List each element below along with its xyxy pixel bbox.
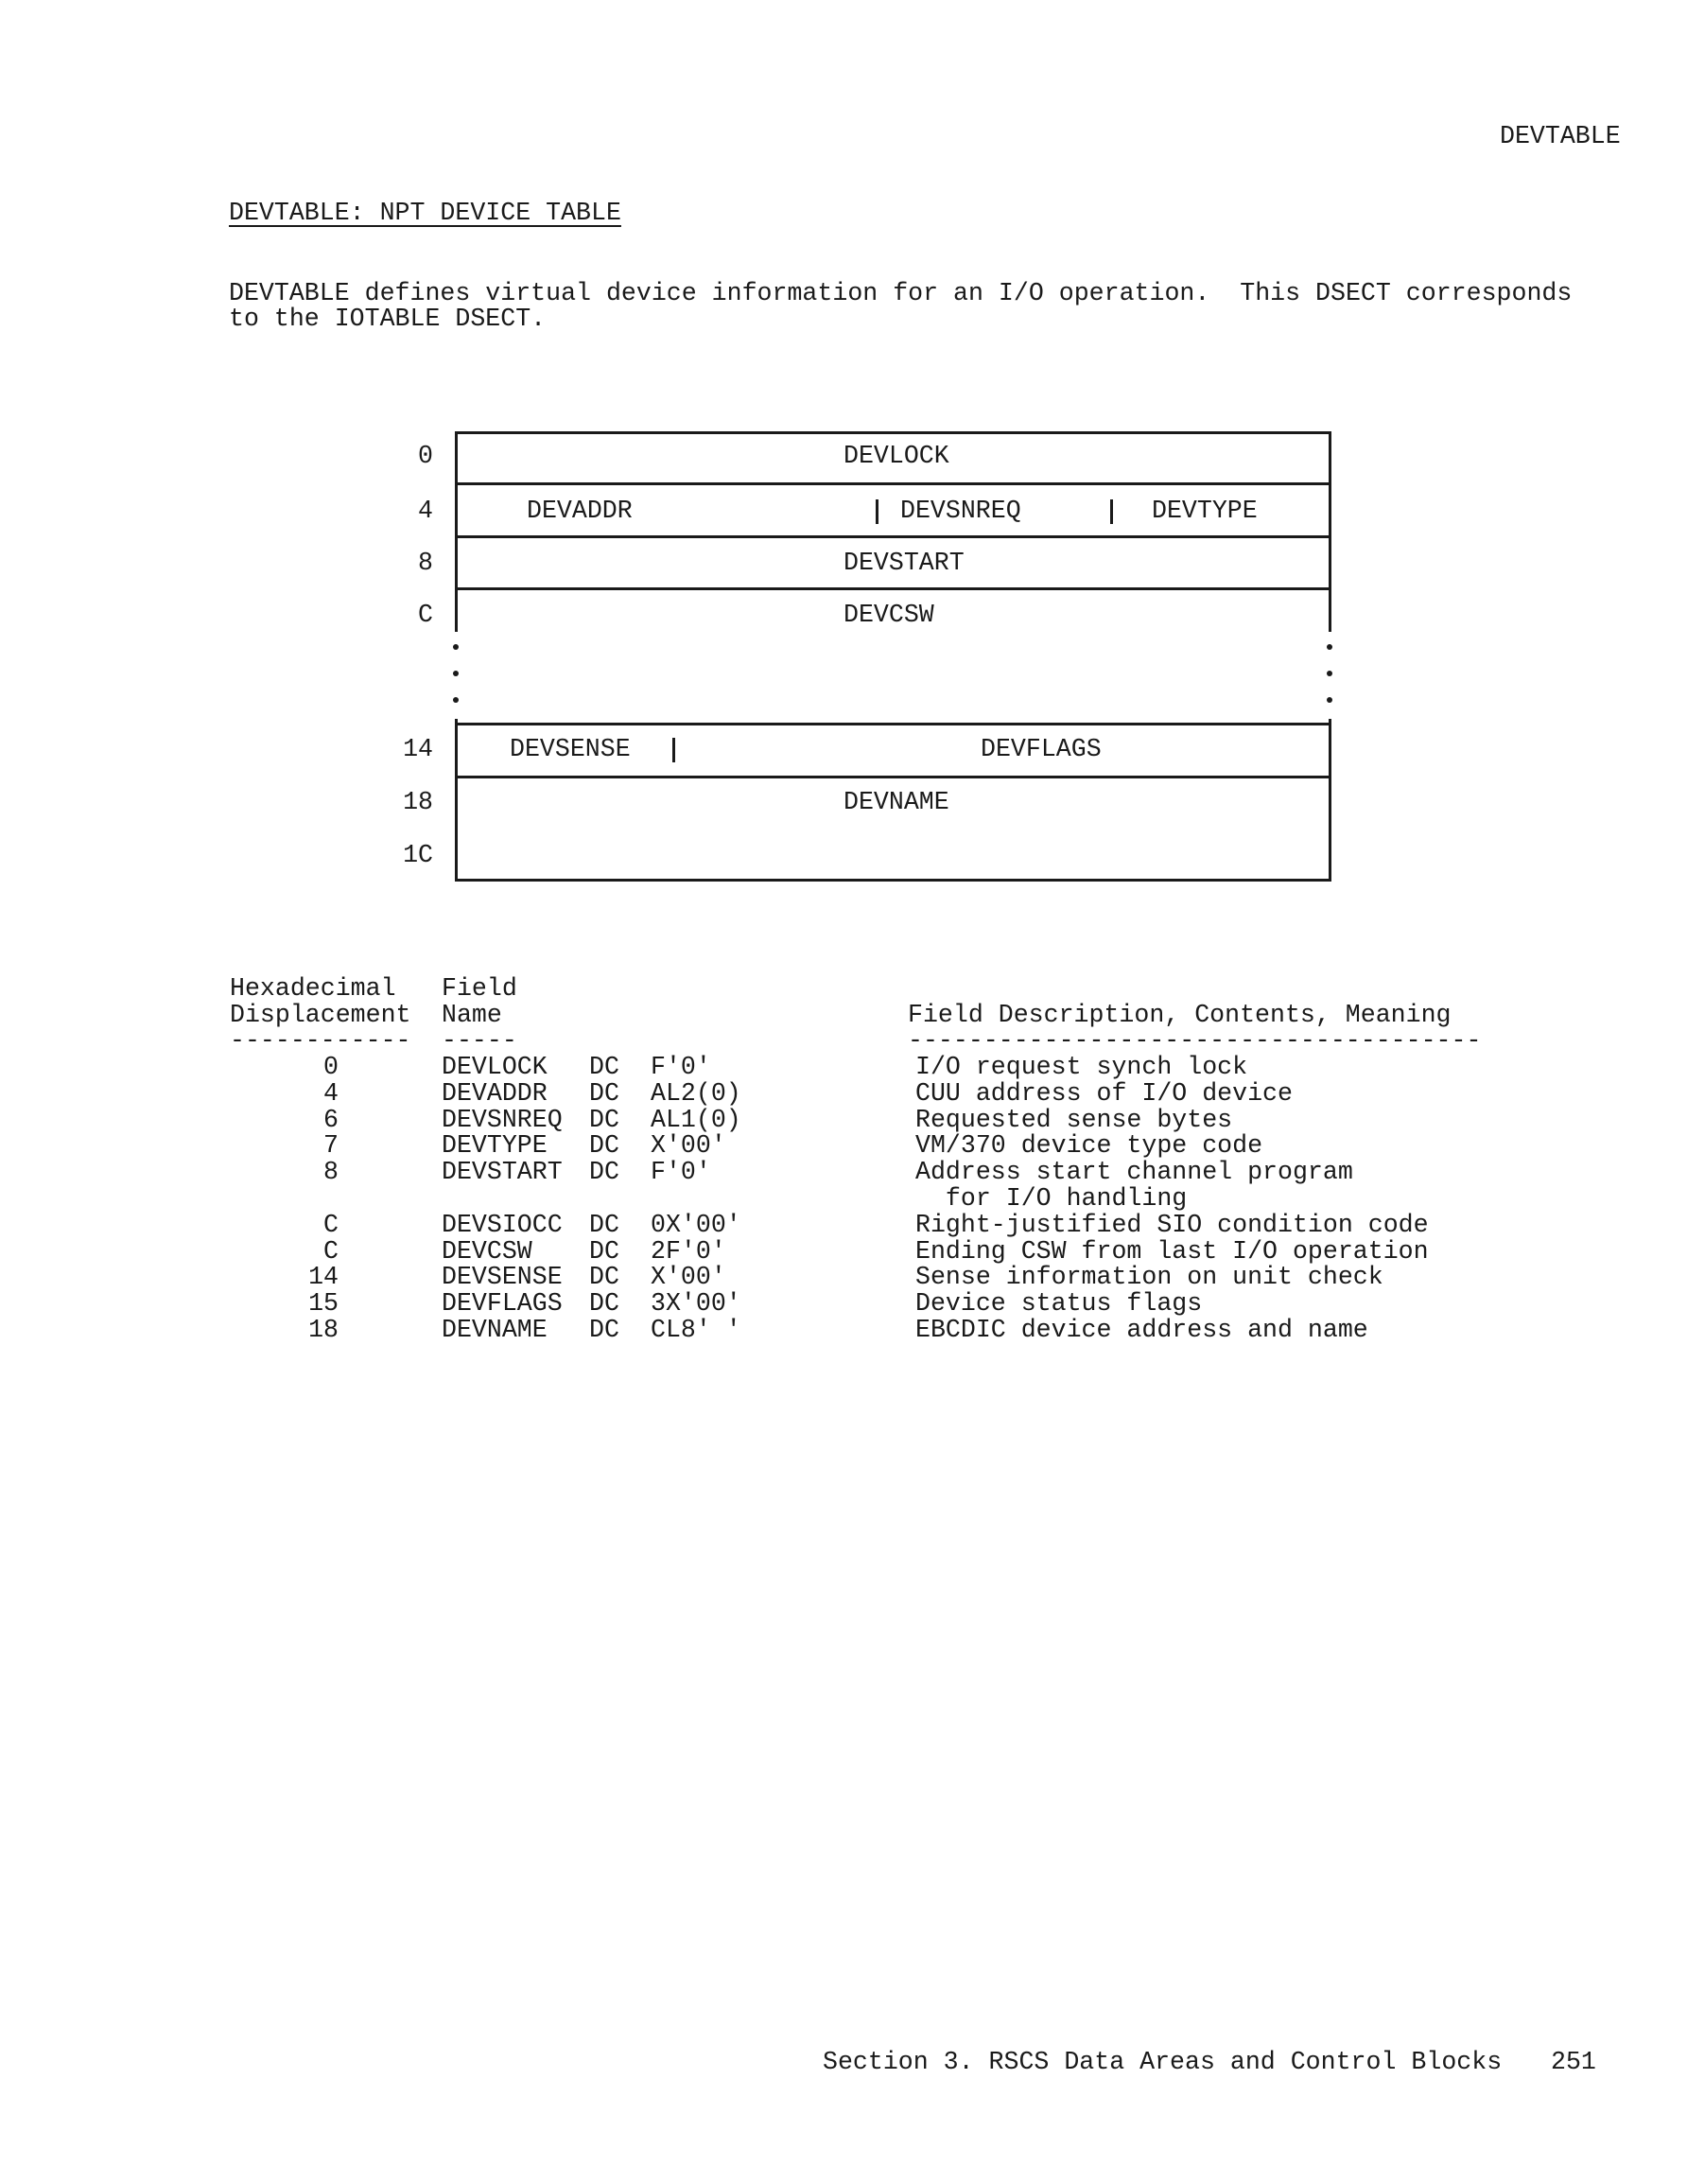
header-disp-1: Hexadecimal bbox=[230, 975, 396, 1002]
header-desc-rule: -------------------------------------- bbox=[908, 1027, 1481, 1054]
table-row: 18 DEVNAME DC CL8' ' EBCDIC device addre… bbox=[0, 1317, 1687, 1343]
continuation-dot bbox=[453, 644, 459, 650]
field-separator bbox=[876, 499, 878, 524]
row-disp: 4 bbox=[284, 1080, 339, 1107]
table-row-continuation: for I/O handling bbox=[0, 1185, 1687, 1212]
header-name-rule: ----- bbox=[442, 1027, 517, 1054]
row-disp: 18 bbox=[284, 1317, 339, 1343]
row-disp: 8 bbox=[284, 1159, 339, 1185]
intro-line: to the IOTABLE DSECT. bbox=[229, 306, 546, 332]
offset-label: 8 bbox=[376, 550, 433, 576]
row-desc: I/O request synch lock bbox=[915, 1054, 1247, 1080]
row-desc: Device status flags bbox=[915, 1290, 1202, 1317]
header-name-1: Field bbox=[442, 975, 517, 1002]
row-disp: 14 bbox=[284, 1264, 339, 1290]
row-name: DEVNAME bbox=[442, 1317, 548, 1343]
row-name: DEVLOCK bbox=[442, 1054, 548, 1080]
row-disp: 0 bbox=[284, 1054, 339, 1080]
offset-label: 1C bbox=[376, 842, 433, 868]
offset-label: 0 bbox=[376, 443, 433, 469]
row-operand: 3X'00' bbox=[651, 1290, 741, 1317]
row-desc: CUU address of I/O device bbox=[915, 1080, 1293, 1107]
row-dc: DC bbox=[589, 1132, 619, 1159]
row-desc: Requested sense bytes bbox=[915, 1107, 1232, 1133]
divider bbox=[455, 776, 1331, 778]
table-row: C DEVSIOCC DC 0X'00' Right-justified SIO… bbox=[0, 1212, 1687, 1238]
row-dc: DC bbox=[589, 1107, 619, 1133]
divider bbox=[455, 482, 1331, 485]
row-dc: DC bbox=[589, 1317, 619, 1343]
header-desc: Field Description, Contents, Meaning bbox=[908, 1002, 1452, 1028]
row-name: DEVTYPE bbox=[442, 1132, 548, 1159]
header-name-2: Name bbox=[442, 1002, 502, 1028]
divider bbox=[455, 535, 1331, 538]
row-operand: X'00' bbox=[651, 1264, 726, 1290]
field-devaddr: DEVADDR bbox=[527, 498, 633, 524]
field-devstart: DEVSTART bbox=[843, 550, 965, 576]
field-devname: DEVNAME bbox=[843, 789, 949, 815]
row-desc-continuation: for I/O handling bbox=[915, 1185, 1187, 1212]
row-disp: 7 bbox=[284, 1132, 339, 1159]
continuation-dot bbox=[1327, 671, 1332, 676]
row-desc: Sense information on unit check bbox=[915, 1264, 1383, 1290]
row-dc: DC bbox=[589, 1290, 619, 1317]
row-disp: C bbox=[284, 1212, 339, 1238]
header-disp-2: Displacement bbox=[230, 1002, 411, 1028]
continuation-dot bbox=[453, 671, 459, 676]
field-separator bbox=[1110, 499, 1113, 524]
row-operand: F'0' bbox=[651, 1159, 711, 1185]
header-disp-rule: ------------ bbox=[230, 1027, 411, 1054]
row-operand: CL8' ' bbox=[651, 1317, 741, 1343]
row-dc: DC bbox=[589, 1238, 619, 1265]
offset-label: 4 bbox=[376, 498, 433, 524]
row-dc: DC bbox=[589, 1080, 619, 1107]
offset-label: 14 bbox=[376, 736, 433, 762]
row-desc: EBCDIC device address and name bbox=[915, 1317, 1368, 1343]
continuation-dot bbox=[1327, 644, 1332, 650]
row-desc: Right-justified SIO condition code bbox=[915, 1212, 1429, 1238]
row-operand: X'00' bbox=[651, 1132, 726, 1159]
offset-label: 18 bbox=[376, 789, 433, 815]
running-header: DEVTABLE bbox=[1500, 123, 1621, 149]
row-desc: VM/370 device type code bbox=[915, 1132, 1262, 1159]
row-operand: 2F'0' bbox=[651, 1238, 726, 1265]
continuation-dot bbox=[1327, 697, 1332, 703]
row-name: DEVSIOCC bbox=[442, 1212, 563, 1238]
row-dc: DC bbox=[589, 1212, 619, 1238]
row-desc: Ending CSW from last I/O operation bbox=[915, 1238, 1429, 1265]
continuation-dot bbox=[453, 697, 459, 703]
page-number: 251 bbox=[1551, 2049, 1596, 2075]
field-separator bbox=[672, 738, 675, 762]
table-row: 15 DEVFLAGS DC 3X'00' Device status flag… bbox=[0, 1290, 1687, 1317]
row-operand: 0X'00' bbox=[651, 1212, 741, 1238]
table-row: 7 DEVTYPE DC X'00' VM/370 device type co… bbox=[0, 1132, 1687, 1159]
field-devlock: DEVLOCK bbox=[843, 443, 949, 469]
table-row: 0 DEVLOCK DC F'0' I/O request synch lock bbox=[0, 1054, 1687, 1080]
table-row: 14 DEVSENSE DC X'00' Sense information o… bbox=[0, 1264, 1687, 1290]
row-disp: 15 bbox=[284, 1290, 339, 1317]
table-row: 6 DEVSNREQ DC AL1(0) Requested sense byt… bbox=[0, 1107, 1687, 1133]
divider bbox=[455, 587, 1331, 590]
table-row: C DEVCSW DC 2F'0' Ending CSW from last I… bbox=[0, 1238, 1687, 1265]
intro-line: DEVTABLE defines virtual device informat… bbox=[229, 280, 1572, 306]
footer-section: Section 3. RSCS Data Areas and Control B… bbox=[823, 2049, 1502, 2075]
row-operand: AL1(0) bbox=[651, 1107, 741, 1133]
row-operand: F'0' bbox=[651, 1054, 711, 1080]
row-operand: AL2(0) bbox=[651, 1080, 741, 1107]
row-name: DEVCSW bbox=[442, 1238, 532, 1265]
row-name: DEVSNREQ bbox=[442, 1107, 563, 1133]
table-row: 4 DEVADDR DC AL2(0) CUU address of I/O d… bbox=[0, 1080, 1687, 1107]
row-desc: Address start channel program bbox=[915, 1159, 1353, 1185]
row-name: DEVADDR bbox=[442, 1080, 548, 1107]
page-title: DEVTABLE: NPT DEVICE TABLE bbox=[229, 200, 621, 226]
row-disp: 6 bbox=[284, 1107, 339, 1133]
row-name: DEVSTART bbox=[442, 1159, 563, 1185]
table-row: 8 DEVSTART DC F'0' Address start channel… bbox=[0, 1159, 1687, 1185]
row-name: DEVSENSE bbox=[442, 1264, 563, 1290]
field-devflags: DEVFLAGS bbox=[981, 736, 1102, 762]
field-devcsw: DEVCSW bbox=[843, 602, 934, 628]
field-devsnreq: DEVSNREQ bbox=[900, 498, 1021, 524]
row-dc: DC bbox=[589, 1159, 619, 1185]
row-dc: DC bbox=[589, 1054, 619, 1080]
row-disp: C bbox=[284, 1238, 339, 1265]
offset-label: C bbox=[376, 602, 433, 628]
field-devsense: DEVSENSE bbox=[510, 736, 631, 762]
row-dc: DC bbox=[589, 1264, 619, 1290]
row-name: DEVFLAGS bbox=[442, 1290, 563, 1317]
divider bbox=[455, 723, 1331, 725]
field-devtype: DEVTYPE bbox=[1152, 498, 1258, 524]
